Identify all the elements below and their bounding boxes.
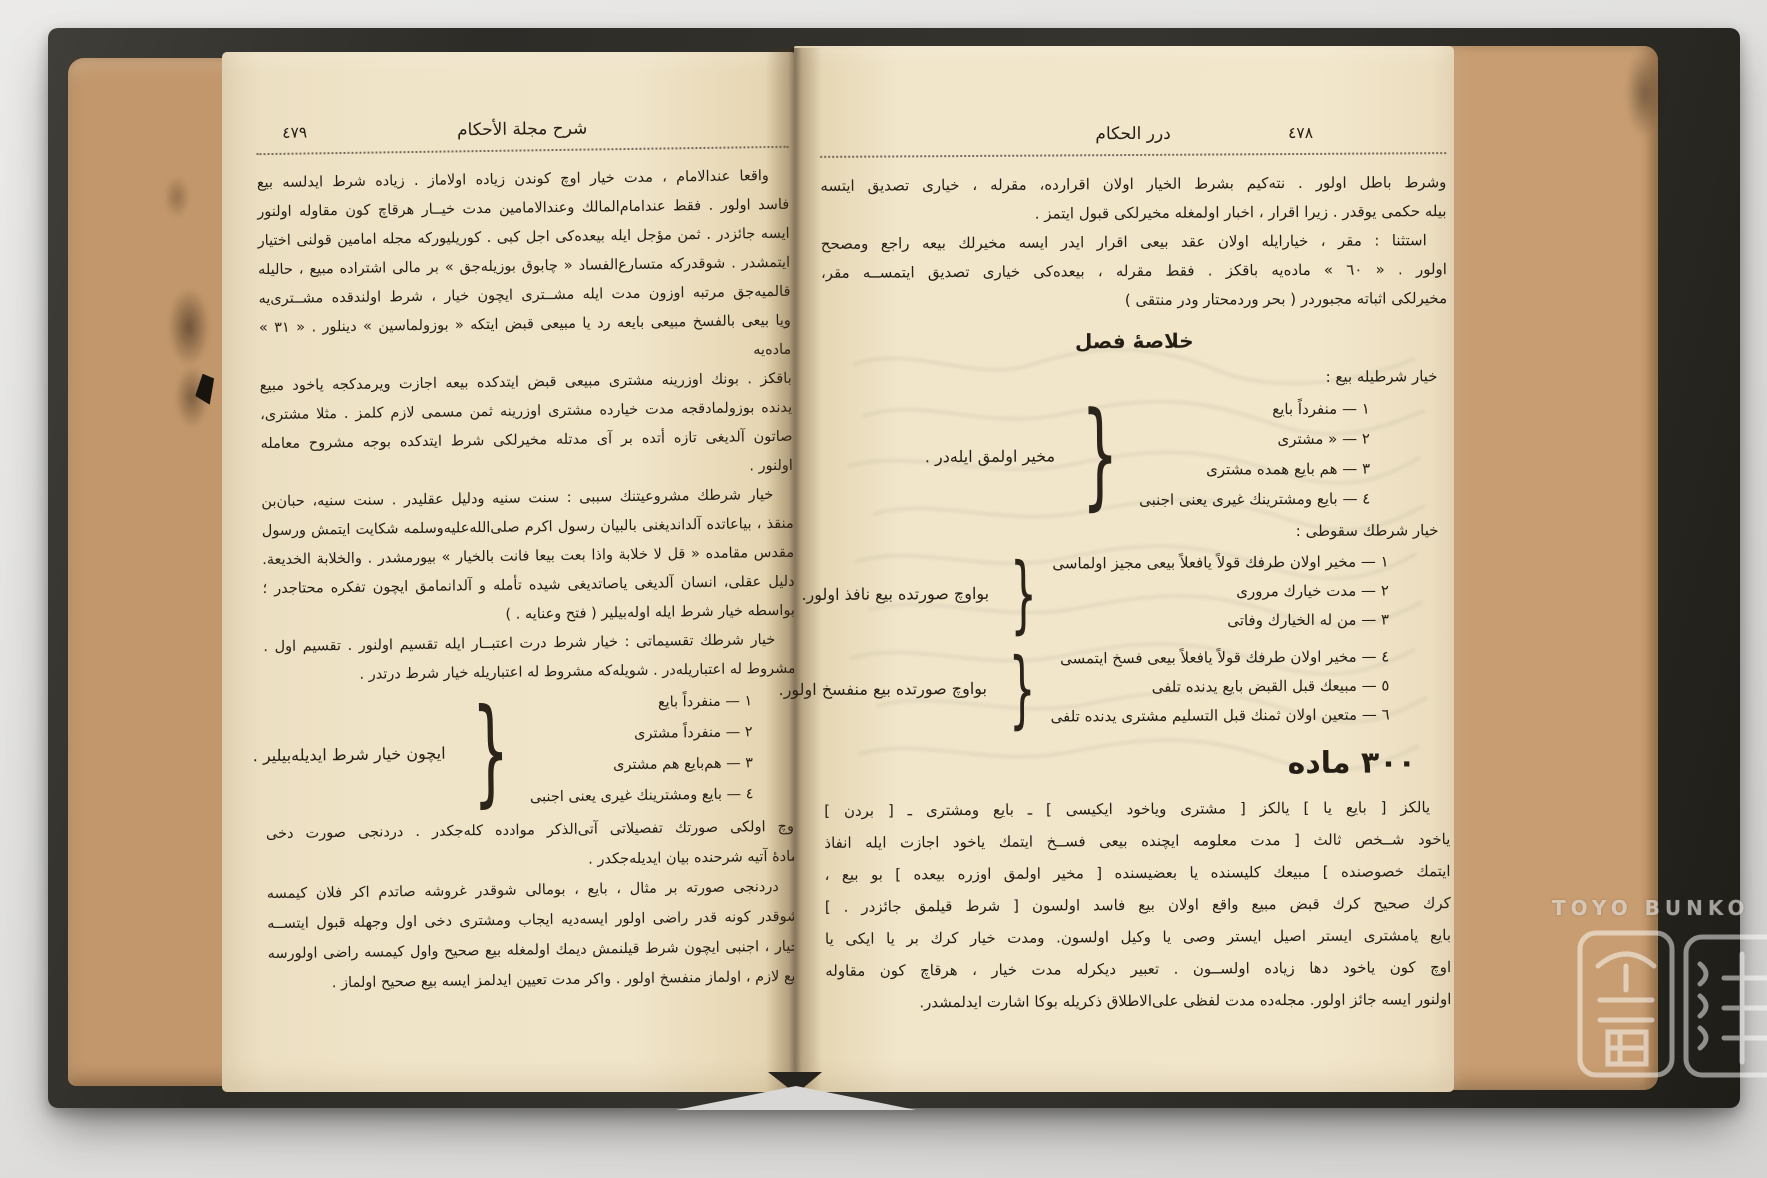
left-page: ٤٧٩ شرح مجلة الأحكام واقعا عندالامام ، م… [222, 52, 794, 1092]
brace-list: ٤ — مخير اولان طرفك قولاً يافعلاً بيعى ف… [823, 642, 1390, 732]
list-item: ٢ — منفرداً مشترى [529, 717, 753, 751]
brace-label: مخير اولمق ايله‌در . [919, 446, 1061, 466]
curly-brace: { [1008, 646, 1035, 730]
curly-brace: { [1081, 397, 1119, 513]
watermark-text: TOYO BUNKO [1552, 896, 1767, 920]
text-line: اولنور ايسه جائز اولور. مجله‌ده مدت لفظى… [825, 983, 1451, 1019]
text-line: ويا بيعى بالفسخ مبيعى بايعه رد يا مبيعى … [259, 307, 792, 372]
stain-mark [164, 176, 190, 218]
text-line: كرك صحيح كرك قبض مبيع واقع اولان بيع فاس… [825, 887, 1451, 923]
curly-brace: { [471, 694, 510, 811]
running-header: شرح مجلة الأحكام [256, 116, 788, 143]
section-heading: خلاصهٔ فصل [821, 325, 1447, 357]
brace-list-items: ١ — منفرداً بايع ٢ — « مشترى ٣ — هم بايع… [1138, 394, 1370, 515]
text-line: وشرط باطل اولور . نته‌كيم بشرط الخيار او… [820, 168, 1446, 201]
stain-mark [168, 288, 210, 366]
toyo-bunko-seal-icon [1552, 928, 1767, 1078]
text-line: بايع يامشترى ايستر اصيل ايستر وصى يا وكي… [825, 919, 1451, 955]
list-item: ٣ — هم‌بايع هم مشترى [529, 748, 753, 782]
brace-list-items: ١ — مخير اولان طرفك قولاً يافعلاً بيعى م… [1052, 547, 1389, 636]
list-item: ١ — منفرداً بايع [528, 686, 752, 720]
list-item: ١ — منفرداً بايع [1138, 394, 1369, 425]
page-number: ٤٧٨ [1288, 124, 1313, 142]
article-heading: ٣٠٠ ماده [824, 745, 1450, 785]
list-item: ٦ — متعين اولان ثمنك قبل التسليم مشترى ي… [1050, 700, 1389, 731]
brace-list: ١ — منفرداً بايع ٢ — منفرداً مشترى ٣ — ه… [264, 686, 754, 817]
toyo-bunko-watermark: TOYO BUNKO [1552, 896, 1767, 1078]
list-item: ١ — مخير اولان طرفك قولاً يافعلاً بيعى م… [1052, 547, 1389, 578]
list-item: ٥ — مبيعك قبل القبض بايع يدنده تلفى [1050, 671, 1389, 702]
left-page-header: ٤٧٩ شرح مجلة الأحكام [256, 114, 788, 151]
brace-label: بواوچ صورتده بيع منفسخ اولور. [773, 679, 994, 699]
left-page-text: ٤٧٩ شرح مجلة الأحكام واقعا عندالامام ، م… [256, 114, 800, 999]
text-line: استثنا : مقر ، خيارايله اولان عقد بيعى ا… [821, 226, 1447, 259]
open-book-photo: ٤٧٩ شرح مجلة الأحكام واقعا عندالامام ، م… [0, 0, 1767, 1178]
list-item: ٤ — بايع ومشترينك غيرى يعنى اجنبى [1139, 484, 1370, 515]
brace-list: ١ — منفرداً بايع ٢ — « مشترى ٣ — هم بايع… [822, 394, 1371, 517]
stain-mark [1626, 48, 1662, 138]
brace-list-items: ٤ — مخير اولان طرفك قولاً يافعلاً بيعى ف… [1050, 642, 1390, 731]
right-page-header: درر الحكام ٤٧٨ [820, 120, 1446, 154]
text-line: ايتمك خصوصنده ] مبيعك كليسنده يا بعضيسند… [824, 855, 1450, 891]
brace-label: بواوچ صورتده بيع نافذ اولور. [795, 584, 995, 604]
list-item: ٣ — هم بايع همده مشترى [1139, 454, 1370, 485]
text-line: بيله حكمى يوقدر . زيرا اقرار ، اخبار اول… [820, 197, 1446, 230]
text-line: اوچ كون ياخود دها زياده اولســون . تعبير… [825, 951, 1451, 987]
list-item: ٤ — مخير اولان طرفك قولاً يافعلاً بيعى ف… [1050, 642, 1389, 673]
list-item: ٢ — مدت خيارك مرورى [1052, 576, 1389, 607]
text-line: اولور . « ٦٠ » ماده‌يه باقكز . فقط مقرله… [821, 255, 1447, 288]
brace-list: ١ — مخير اولان طرفك قولاً يافعلاً بيعى م… [823, 547, 1390, 637]
text-line: يالكز [ بايع يا ] يالكز [ مشترى وياخود ا… [824, 791, 1450, 827]
list-intro: خيار شرطك سقوطى : [822, 515, 1448, 549]
running-header: درر الحكام [820, 122, 1446, 146]
list-item: ٣ — من له الخيارك وفاتى [1053, 605, 1390, 636]
right-page-text: درر الحكام ٤٧٨ وشرط باطل اولور . نته‌كيم… [820, 120, 1451, 1019]
brace-list-items: ١ — منفرداً بايع ٢ — منفرداً مشترى ٣ — ه… [528, 686, 753, 813]
right-page: درر الحكام ٤٧٨ وشرط باطل اولور . نته‌كيم… [794, 46, 1454, 1092]
text-line: بيع لازم ، اولماز منفسخ اولور . واكر مدت… [268, 962, 800, 999]
list-item: ٤ — بايع ومشترينك غيرى يعنى اجنبى [530, 779, 754, 813]
list-intro: خيار شرطيله بيع : [821, 361, 1447, 395]
brace-label: ايچون خيار شرط ايديله‌بيلير . [247, 743, 452, 765]
text-line: مخيرلكى اثباته مجبوردر ( بحر وردمحتار ود… [821, 284, 1447, 317]
text-line: ياخود شــخص ثالث [ مدت معلومه ايچنده بيع… [824, 823, 1450, 859]
curly-brace: { [1010, 551, 1037, 635]
list-item: ٢ — « مشترى [1139, 424, 1370, 455]
